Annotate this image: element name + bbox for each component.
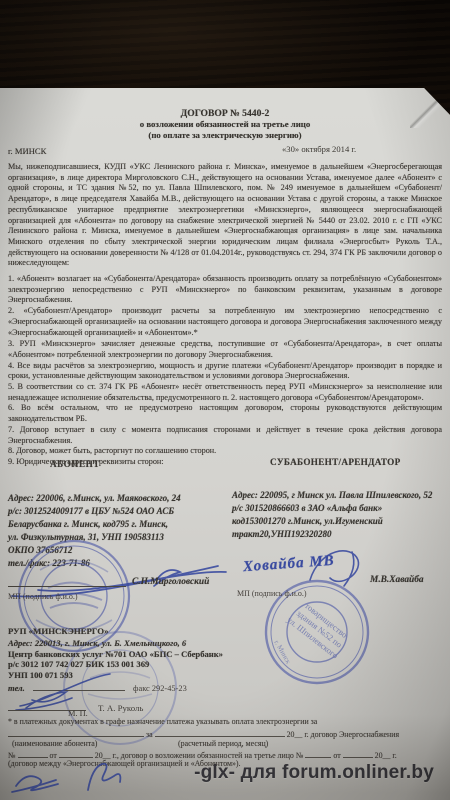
preamble-paragraph: Мы, нижеподписавшиеся, КУДП «УКС Ленинск…	[8, 162, 442, 269]
contract-page: ДОГОВОР № 5440-2 о возложении обязанност…	[0, 88, 450, 800]
subabonent-mp-caption: МП (подпись ф.и.о.)	[237, 589, 307, 598]
date-label: «30» октября 2014 г.	[282, 144, 356, 154]
energo-line: Адрес: 220013, г. Минск, ул. Б. Хмельниц…	[8, 638, 288, 649]
document-subtitle: о возложении обязанностей на третье лицо	[0, 119, 450, 129]
energo-name: РУП «МИНСКЭНЕРГО»	[8, 626, 109, 636]
period-caption: (расчетный период, месяц)	[178, 739, 268, 748]
year-dogovor-label: 20__ г. договор Энергоснабжения	[287, 730, 400, 739]
subabonent-signature-flourish	[300, 540, 380, 592]
subabonent-address-line: код153001270 г.Минск, ул.Игуменский	[232, 515, 448, 528]
abonent-mp-caption: МП (подпись ф.и.о.)	[8, 592, 78, 601]
footnote-blank-line: за 20__ г. договор Энергоснабжения	[8, 728, 444, 739]
clause-5: 5. В соответствии со ст. 374 ГК РБ «Абон…	[8, 382, 442, 403]
clause-7: 7. Договор вступает в силу с момента под…	[8, 425, 442, 446]
num2-blank	[305, 749, 331, 758]
clause-8: 8. Договор, может быть, расторгнут по со…	[8, 446, 442, 457]
subabonent-address-line: Адрес: 220095, г Минск ул. Павла Шпилевс…	[232, 489, 448, 502]
city-label: г. МИНСК	[8, 146, 46, 156]
abonent-address-line: Беларусбанка г. Минск, код795 г. Минск,	[8, 518, 223, 531]
clauses-block: 1. «Абонент» возлагает на «Субабонента/А…	[8, 274, 442, 468]
forum-watermark: -glx- для forum.onliner.by	[194, 762, 434, 784]
date2-blank	[343, 749, 373, 758]
clause-6: 6. Во всём остальном, что не предусмотре…	[8, 403, 442, 424]
document-title: ДОГОВОР № 5440-2	[0, 108, 450, 119]
clause-2: 2. «Субабонент/Арендатор» производит рас…	[8, 306, 442, 338]
abonent-address-line: Адрес: 220006, г.Минск, ул. Маяковского,…	[8, 492, 223, 505]
abonent-header: АБОНЕНТ	[50, 459, 100, 469]
energo-signatory-name: Т. А. Руколь	[98, 703, 143, 713]
clause-1: 1. «Абонент» возлагает на «Субабонента/А…	[8, 274, 442, 306]
abonent-signatory-name: С.Н.Мирголовский	[132, 577, 209, 588]
subabonent-header: СУБАБОНЕНТ/АРЕНДАТОР	[270, 457, 401, 467]
za-label: за	[146, 730, 153, 739]
name-caption: (наименование абонента)	[12, 739, 97, 748]
subabonent-address-line: р/с 301520866603 в ЗАО «Альфа банк»	[232, 502, 448, 515]
abonent-signature-line	[8, 586, 126, 587]
photo-of-contract: { "watermark": "-glx- для forum.onliner.…	[0, 0, 450, 800]
abonent-address-line: р/с: 3012524009177 в ЦБУ №524 ОАО АСБ	[8, 505, 223, 518]
clause-3: 3. РУП «Минскэнерго» зачисляет денежные …	[8, 339, 442, 360]
footnote-star-line: * в платежных документах в графе назначе…	[8, 717, 444, 726]
subabonent-address: Адрес: 220095, г Минск ул. Павла Шпилевс…	[232, 489, 448, 541]
fax-label: факс 292-45-23	[133, 684, 187, 693]
subabonent-signatory-name: М.В.Хавайба	[370, 575, 424, 586]
abonent-name-blank	[8, 728, 144, 737]
clause-4: 4. Все виды расчётов за электроэнергию, …	[8, 361, 442, 382]
energo-line: р/с 3012 107 742 027 БИК 153 001 369	[8, 659, 288, 670]
document-subtitle2: (по оплате за электрическую энергию)	[0, 130, 450, 140]
bottom-ink-signatures	[10, 750, 150, 796]
period-blank	[155, 728, 285, 737]
energo-line: Центр банковских услуг №701 ОАО «БПС – С…	[8, 649, 288, 660]
